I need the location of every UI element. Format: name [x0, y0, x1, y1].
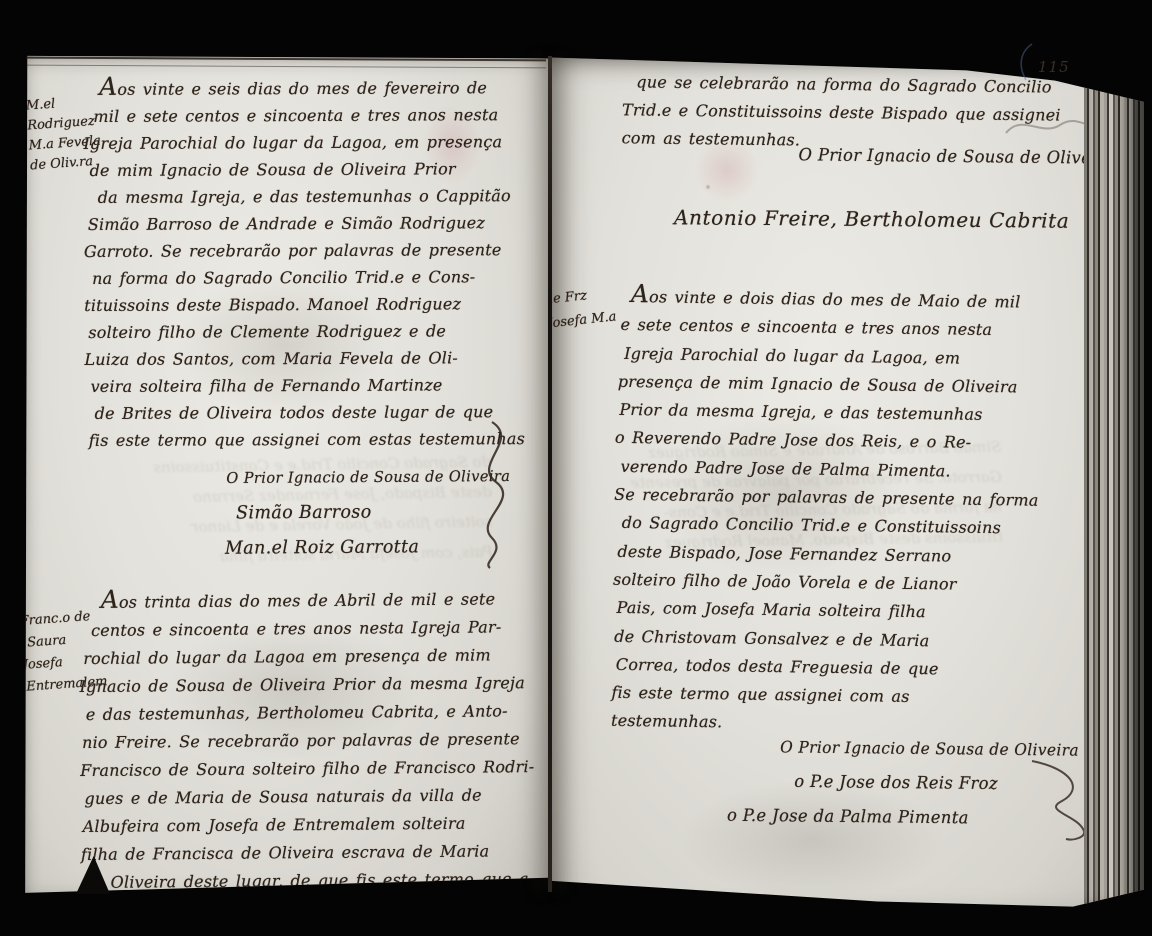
record-entry-may: Aos vinte e dois dias do mes de Maio de … — [611, 280, 1077, 742]
manuscript-line: nio Freire. Se recebrarão por palavras d… — [80, 725, 550, 757]
manuscript-line: e das testemunhas, Bertholomeu Cabrita, … — [80, 697, 550, 729]
manuscript-line: Simão Barroso de Andrade e Simão Rodrigu… — [84, 209, 534, 238]
manuscript-line: Igreja Parochial do lugar da Lagoa, em p… — [83, 128, 533, 157]
left-page: do Sagrado Concilio Trid.e e Constituiss… — [22, 50, 552, 898]
manuscript-line: Ignacio de Sousa de Oliveira Prior da me… — [79, 669, 549, 701]
paper-spot — [704, 183, 712, 191]
manuscript-line: testemunhas. — [611, 707, 1071, 742]
signature-priest-1: o P.e Jose dos Reis Froz — [794, 772, 998, 794]
manuscript-line: de Oliveira deste lugar, de que fis este… — [81, 865, 551, 897]
signature-text: o P.e Jose dos Reis Froz — [794, 772, 998, 794]
signature-text: Simão Barroso — [236, 502, 372, 524]
page-number: 115 — [1038, 58, 1070, 76]
signature-text: o P.e Jose da Palma Pimenta — [727, 806, 969, 829]
manuscript-line: mil e sete centos e sincoenta e tres ano… — [83, 101, 533, 130]
manuscript-line: Aos vinte e seis dias do mes de fevereir… — [83, 71, 533, 103]
manuscript-line: da mesma Igreja, e das testemunhas o Cap… — [84, 182, 534, 211]
witnesses-heading: Antonio Freire, Bertholomeu Cabrita — [674, 205, 1070, 232]
manuscript-scan: do Sagrado Concilio Trid.e e Constituiss… — [0, 0, 1152, 936]
manuscript-line: filha de Francisca de Oliveira escrava d… — [81, 837, 551, 869]
manuscript-line: rochial do lugar da Lagoa em presença de… — [79, 641, 549, 673]
signature-witness-2: Man.el Roiz Garrotta — [225, 536, 419, 558]
manuscript-line: solteiro filho de Clemente Rodriguez e d… — [84, 317, 534, 346]
manuscript-line: veira solteira filha de Fernando Martinz… — [84, 371, 534, 400]
signature-text: Man.el Roiz Garrotta — [225, 536, 419, 558]
book-fore-edge — [1084, 55, 1144, 910]
signature-prior-continuation: O Prior Ignacio de Sousa de Oliveira — [799, 145, 1116, 168]
manuscript-line: gues e de Maria de Sousa naturais da vil… — [80, 781, 550, 813]
manuscript-line: de mim Ignacio de Sousa de Oliveira Prio… — [84, 155, 534, 184]
manuscript-line: Luiza dos Santos, com Maria Fevela de Ol… — [84, 344, 534, 373]
manuscript-line: Aos trinta dias do mes de Abril de mil e… — [79, 582, 549, 617]
signature-witness-1: Simão Barroso — [236, 502, 372, 524]
record-entry-april: Aos trinta dias do mes de Abril de mil e… — [79, 582, 552, 897]
signature-text: O Prior Ignacio de Sousa de Oliveira — [799, 145, 1116, 168]
record-entry-february: Aos vinte e seis dias do mes de fevereir… — [83, 71, 535, 454]
manuscript-line: Albufeira com Josefa de Entremalem solte… — [81, 809, 551, 841]
signature-rubric-flourish — [1022, 755, 1092, 845]
manuscript-line: centos e sincoenta e tres anos nesta Igr… — [79, 613, 549, 645]
manuscript-line: na forma do Sagrado Concilio Trid.e e Co… — [84, 263, 534, 292]
manuscript-line: Francisco de Soura solteiro filho de Fra… — [80, 753, 550, 785]
page-number-text: 115 — [1038, 58, 1070, 76]
right-page: Simão Barroso de Andrade e Simão Rodrigu… — [552, 55, 1144, 910]
manuscript-line: tituissoins deste Bispado. Manoel Rodrig… — [84, 290, 534, 319]
margin-note-couple: J.e Frz Josefa M.a — [544, 282, 618, 337]
signature-priest-2: o P.e Jose da Palma Pimenta — [727, 806, 969, 829]
heading-text: Antonio Freire, Bertholomeu Cabrita — [674, 205, 1070, 232]
blue-pen-mark — [1010, 42, 1040, 82]
manuscript-line: Garroto. Se recebrarão por palavras de p… — [84, 236, 534, 265]
book-gutter — [548, 56, 552, 892]
signature-rubric-flourish — [462, 420, 522, 570]
